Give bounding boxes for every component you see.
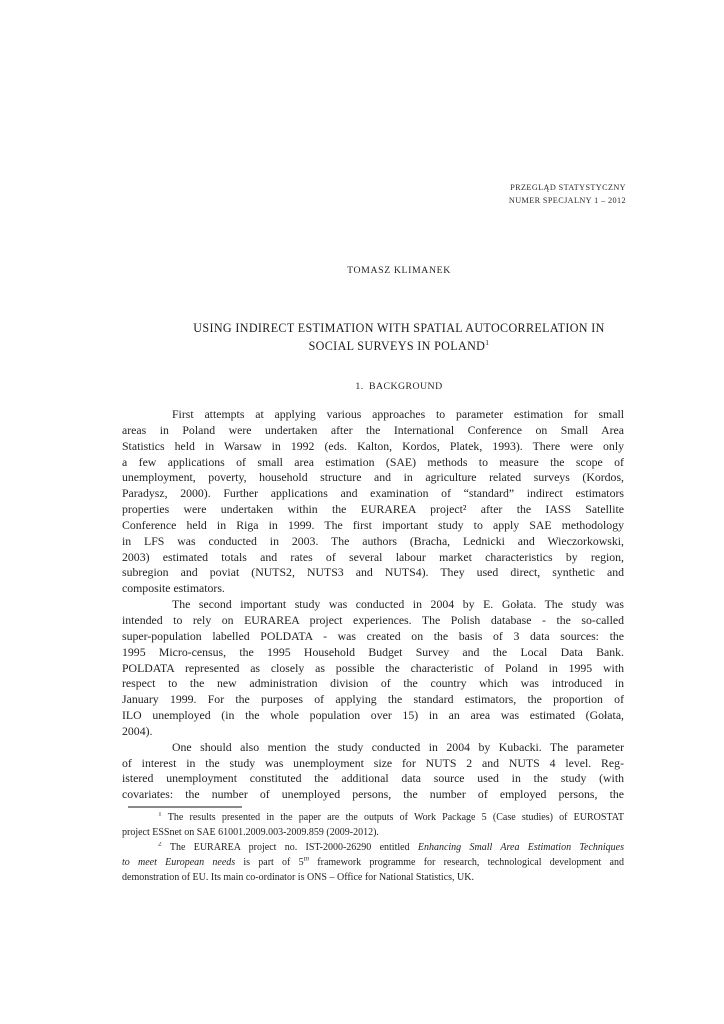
footnote-text-segment: project ESSnet on SAE 61001.2009.003-200… — [122, 827, 379, 838]
body-text-line: a few applications of small area estimat… — [122, 455, 624, 471]
footnote-text-segment: demonstration of EU. Its main co-ordinat… — [122, 872, 474, 883]
paper-title-line1: USING INDIRECT ESTIMATION WITH SPATIAL A… — [148, 320, 650, 338]
body-text-line: respect to the new administration divisi… — [122, 676, 624, 692]
body-text-line: Paradysz, 2000). Further applications an… — [122, 486, 624, 502]
footnote-marker: 2 — [158, 842, 162, 848]
section-heading: 1. BACKGROUND — [122, 381, 650, 392]
body-text-line: properties were undertaken within the EU… — [122, 502, 624, 518]
journal-issue: NUMER SPECJALNY 1 – 2012 — [509, 194, 626, 207]
body-text-line: subregion and poviat (NUTS2, NUTS3 and N… — [122, 565, 624, 581]
body-text-line: covariates: the number of unemployed per… — [122, 787, 624, 803]
body-text-line: unemployment, poverty, household structu… — [122, 470, 624, 486]
body-text-line: Statistics held in Warsaw in 1992 (eds. … — [122, 439, 624, 455]
scanned-paper-page: PRZEGLĄD STATYSTYCZNY NUMER SPECJALNY 1 … — [0, 0, 724, 1024]
body-text-line: in LFS was conducted in 2003. The author… — [122, 534, 624, 550]
paper-title: USING INDIRECT ESTIMATION WITH SPATIAL A… — [122, 320, 650, 355]
footnotes: 1 The results presented in the paper are… — [122, 812, 624, 887]
body-text-line: areas in Poland were undertaken after th… — [122, 423, 624, 439]
body-text-line: ILO unemployed (in the whole population … — [122, 708, 624, 724]
body-text-line: The second important study was conducted… — [122, 597, 624, 613]
journal-header: PRZEGLĄD STATYSTYCZNY NUMER SPECJALNY 1 … — [509, 181, 626, 207]
body-text-line: composite estimators. — [122, 581, 624, 597]
body-text-line: 2004). — [122, 724, 624, 740]
footnote-marker: 1 — [158, 812, 162, 818]
footnote-text-segment: The EURAREA project no. IST-2000-26290 e… — [170, 842, 418, 853]
footnote-line: project ESSnet on SAE 61001.2009.003-200… — [122, 827, 624, 842]
body-text-line: 1995 Micro-census, the 1995 Household Bu… — [122, 645, 624, 661]
footnote-rule — [128, 806, 242, 808]
paper-title-line2: SOCIAL SURVEYS IN POLAND1 — [148, 338, 650, 356]
footnote-line: 2 The EURAREA project no. IST-2000-26290… — [122, 842, 624, 857]
body-text-line: 2003) estimated totals and rates of seve… — [122, 550, 624, 566]
article-body: First attempts at applying various appro… — [122, 407, 624, 803]
body-text-line: POLDATA represented as closely as possib… — [122, 661, 624, 677]
footnote-line: 1 The results presented in the paper are… — [122, 812, 624, 827]
body-text-line: First attempts at applying various appro… — [122, 407, 624, 423]
body-text-line: istered unemployment constituted the add… — [122, 771, 624, 787]
footnote-text-segment: to meet European needs — [122, 857, 235, 868]
footnote-line: demonstration of EU. Its main co-ordinat… — [122, 872, 624, 887]
journal-name: PRZEGLĄD STATYSTYCZNY — [509, 181, 626, 194]
footnote-text-segment: is part of 5 — [235, 857, 303, 868]
title-footnote-marker: 1 — [485, 337, 489, 346]
body-text-line: of interest in the study was unemploymen… — [122, 756, 624, 772]
body-text-line: super-population labelled POLDATA - was … — [122, 629, 624, 645]
body-text-line: January 1999. For the purposes of applyi… — [122, 692, 624, 708]
body-text-line: intended to rely on EURAREA project expe… — [122, 613, 624, 629]
footnote-text-segment: The results presented in the paper are t… — [168, 812, 624, 823]
footnote-text-segment: Enhancing Small Area Estimation Techniqu… — [418, 842, 624, 853]
body-text-line: Conference held in Riga in 1999. The fir… — [122, 518, 624, 534]
footnote-text-segment: framework programme for research, techno… — [309, 857, 624, 868]
footnote-line: to meet European needs is part of 5th fr… — [122, 857, 624, 872]
body-text-line: One should also mention the study conduc… — [122, 740, 624, 756]
author-name: TOMASZ KLIMANEK — [122, 265, 650, 276]
